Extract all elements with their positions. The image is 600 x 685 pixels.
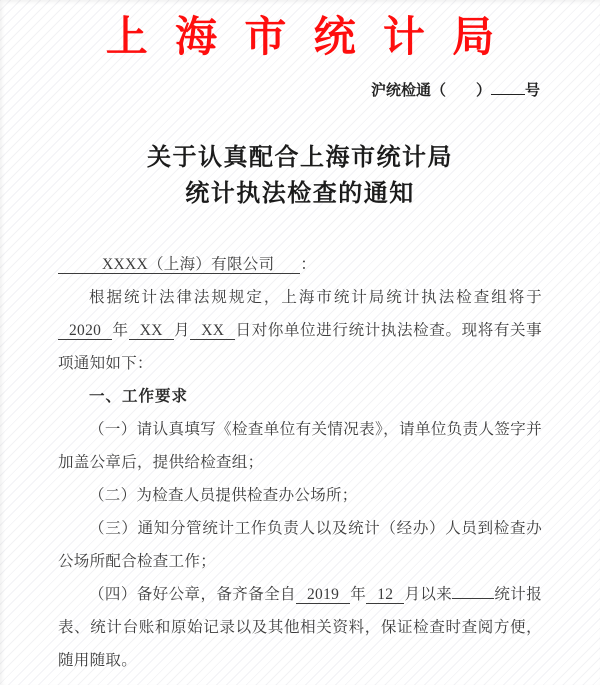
doc-number-suffix: 号 bbox=[525, 83, 540, 99]
document-page: 上海市统计局 沪统检通（ ）号 关于认真配合上海市统计局 统计执法检查的通知 X… bbox=[0, 0, 600, 685]
inspection-year-unit: 年 bbox=[112, 322, 129, 339]
records-month-unit: 月以来 bbox=[404, 586, 452, 603]
doc-number-blank-underline bbox=[491, 81, 525, 95]
blank-underline-materials bbox=[452, 584, 494, 600]
inspection-month-value: XX bbox=[129, 322, 174, 340]
item4-lead: （四）备好公章，备齐备全自 bbox=[89, 586, 296, 603]
document-title-line1: 关于认真配合上海市统计局 bbox=[0, 140, 600, 176]
section-heading-work-requirements: 一、工作要求 bbox=[58, 380, 542, 413]
list-item-1: （一）请认真填写《检查单位有关情况表》，请单位负责人签字并加盖公章后，提供给检查… bbox=[58, 413, 542, 479]
paragraph-inspection-notice: 根据统计法律法规规定，上海市统计局统计执法检查组将于2020年XX月XX日对你单… bbox=[58, 281, 542, 380]
doc-number-line: 沪统检通（ ）号 bbox=[0, 80, 600, 102]
salutation-line: XXXX（上海）有限公司： bbox=[58, 248, 542, 281]
company-name: XXXX（上海）有限公司 bbox=[102, 256, 274, 273]
document-title-line2: 统计执法检查的通知 bbox=[0, 176, 600, 212]
blank-underline-trail bbox=[274, 254, 300, 270]
records-year-value: 2019 bbox=[296, 586, 350, 604]
document-body: XXXX（上海）有限公司： 根据统计法律法规规定，上海市统计局统计执法检查组将于… bbox=[0, 248, 600, 677]
list-item-2: （二）为检查人员提供检查办公场所； bbox=[58, 479, 542, 512]
inspection-year-value: 2020 bbox=[58, 322, 112, 340]
blank-underline-lead bbox=[58, 254, 102, 270]
records-year-unit: 年 bbox=[350, 586, 366, 603]
document-title: 关于认真配合上海市统计局 统计执法检查的通知 bbox=[0, 140, 600, 212]
doc-number-prefix: 沪统检通（ ） bbox=[371, 83, 491, 99]
para1-lead: 根据统计法律法规规定，上海市统计局统计执法检查组将于 bbox=[89, 289, 542, 306]
list-item-4: （四）备好公章，备齐备全自2019年12月以来统计报表、统计台账和原始记录以及其… bbox=[58, 578, 542, 677]
inspection-day-value: XX bbox=[190, 322, 235, 340]
records-month-value: 12 bbox=[366, 586, 404, 604]
company-name-underlined: XXXX（上海）有限公司 bbox=[58, 256, 300, 274]
salutation-colon: ： bbox=[300, 256, 316, 273]
list-item-3: （三）通知分管统计工作负责人以及统计（经办）人员到检查办公场所配合检查工作； bbox=[58, 512, 542, 578]
agency-title: 上海市统计局 bbox=[0, 12, 600, 64]
inspection-month-unit: 月 bbox=[174, 322, 191, 339]
